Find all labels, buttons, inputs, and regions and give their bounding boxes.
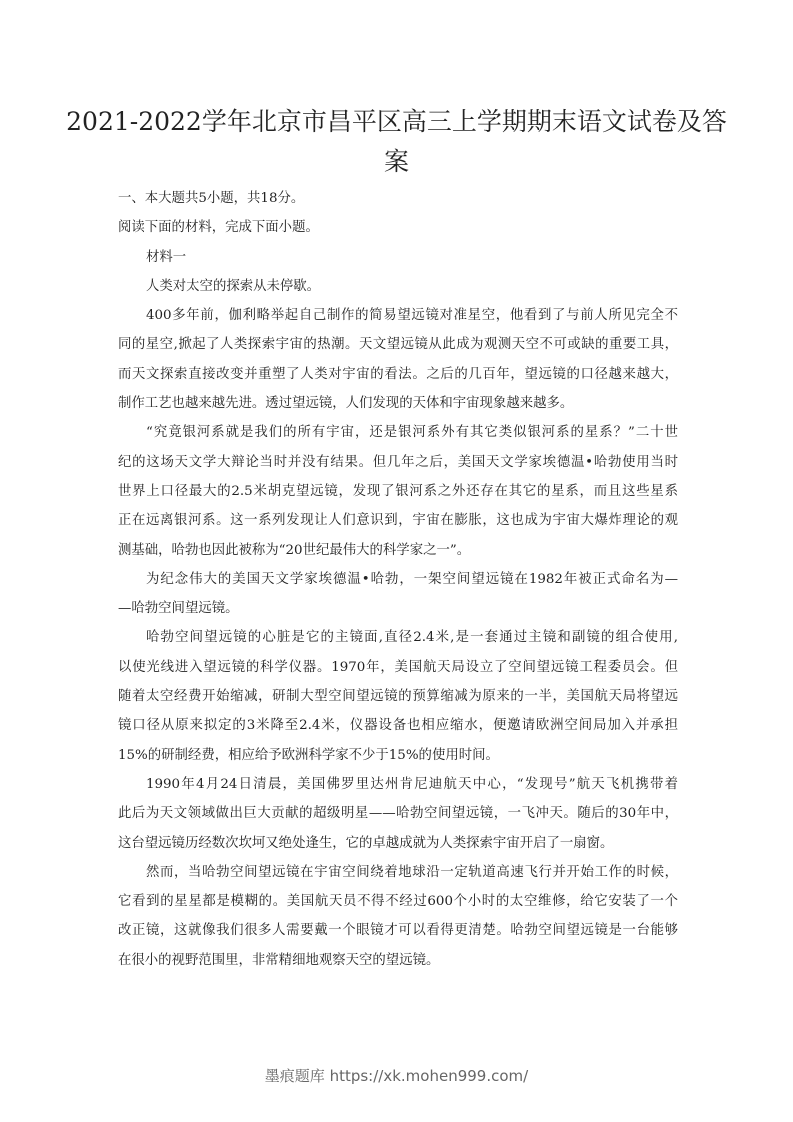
document-title-continued: 案 bbox=[0, 142, 793, 178]
paragraph-line: 400多年前，伽利略举起自己制作的简易望远镜对准星空，他看到了与前人所见完全不 bbox=[118, 301, 678, 330]
paragraph-line: 纪的这场天文学大辩论当时并没有结果。但几年之后，美国天文学家埃德温•哈勃使用当时 bbox=[118, 448, 678, 477]
paragraph-line: 正在远离银河系。这一系列发现让人们意识到，宇宙在膨胀，这也成为宇宙大爆炸理论的观 bbox=[118, 506, 678, 535]
paragraph: 哈勃空间望远镜的心脏是它的主镜面,直径2.4米,是一套通过主镜和副镜的组合使用,… bbox=[118, 623, 678, 769]
paragraph-line: 以使光线进入望远镜的科学仪器。1970年，美国航天局设立了空间望远镜工程委员会。… bbox=[118, 653, 678, 682]
document-title: 2021-2022学年北京市昌平区高三上学期期末语文试卷及答 bbox=[0, 102, 793, 138]
paragraph-line: “究竟银河系就是我们的所有宇宙，还是银河系外有其它类似银河系的星系？”二十世 bbox=[118, 418, 678, 447]
paragraph-line: 然而，当哈勃空间望远镜在宇宙空间绕着地球沿一定轨道高速飞行并开始工作的时候， bbox=[118, 858, 678, 887]
paragraph-line: 改正镜，这就像我们很多人需要戴一个眼镜才可以看得更清楚。哈勃空间望远镜是一台能够 bbox=[118, 916, 678, 945]
paragraph-line: 镜口径从原来拟定的3米降至2.4米，仪器设备也相应缩水，便邀请欧洲空间局加入并承… bbox=[118, 711, 678, 740]
paragraph: 400多年前，伽利略举起自己制作的简易望远镜对准星空，他看到了与前人所见完全不 … bbox=[118, 301, 678, 418]
watermark-footer: 墨痕题库 https://xk.mohen999.com/ bbox=[0, 1065, 793, 1086]
paragraph: 1990年4月24日清晨，美国佛罗里达州肯尼迪航天中心，“发现号”航天飞机携带着… bbox=[118, 770, 678, 858]
paragraph-line: 人类对太空的探索从未停歇。 bbox=[118, 272, 678, 301]
paragraph-line: 在很小的视野范围里，非常精细地观察天空的望远镜。 bbox=[118, 946, 678, 975]
paragraph-line: 制作工艺也越来越先进。透过望远镜，人们发现的天体和宇宙现象越来越多。 bbox=[118, 389, 678, 418]
paragraph-line: 世界上口径最大的2.5米胡克望远镜，发现了银河系之外还存在其它的星系，而且这些星… bbox=[118, 477, 678, 506]
instruction-text: 阅读下面的材料，完成下面小题。 bbox=[118, 213, 678, 242]
paragraph-line: 此后为天文领域做出巨大贡献的超级明星——哈勃空间望远镜，一飞冲天。随后的30年中… bbox=[118, 799, 678, 828]
paragraph-line: 为纪念伟大的美国天文学家埃德温•哈勃，一架空间望远镜在1982年被正式命名为— bbox=[118, 565, 678, 594]
document-body: 一、本大题共5小题，共18分。 阅读下面的材料，完成下面小题。 材料一 人类对太… bbox=[118, 184, 678, 975]
paragraph-line: 同的星空,掀起了人类探索宇宙的热潮。天文望远镜从此成为观测天空不可或缺的重要工具… bbox=[118, 330, 678, 359]
paragraph-line: 15%的研制经费，相应给予欧洲科学家不少于15%的使用时间。 bbox=[118, 741, 678, 770]
paragraph-line: —哈勃空间望远镜。 bbox=[118, 594, 678, 623]
material-label: 材料一 bbox=[118, 243, 678, 272]
paragraph-line: 测基础，哈勃也因此被称为“20世纪最伟大的科学家之一”。 bbox=[118, 536, 678, 565]
paragraph-line: 它看到的星星都是模糊的。美国航天员不得不经过600个小时的太空维修，给它安装了一… bbox=[118, 887, 678, 916]
section-heading: 一、本大题共5小题，共18分。 bbox=[118, 184, 678, 213]
paragraph-line: 这台望远镜历经数次坎坷又绝处逢生，它的卓越成就为人类探索宇宙开启了一扇窗。 bbox=[118, 829, 678, 858]
paragraph-line: 而天文探索直接改变并重塑了人类对宇宙的看法。之后的几百年，望远镜的口径越来越大， bbox=[118, 360, 678, 389]
paragraph-line: 1990年4月24日清晨，美国佛罗里达州肯尼迪航天中心，“发现号”航天飞机携带着 bbox=[118, 770, 678, 799]
paragraph-line: 随着太空经费开始缩减，研制大型空间望远镜的预算缩减为原来的一半，美国航天局将望远 bbox=[118, 682, 678, 711]
paragraph-line: 哈勃空间望远镜的心脏是它的主镜面,直径2.4米,是一套通过主镜和副镜的组合使用, bbox=[118, 623, 678, 652]
paragraph: 然而，当哈勃空间望远镜在宇宙空间绕着地球沿一定轨道高速飞行并开始工作的时候， 它… bbox=[118, 858, 678, 975]
paragraph: 为纪念伟大的美国天文学家埃德温•哈勃，一架空间望远镜在1982年被正式命名为— … bbox=[118, 565, 678, 624]
paragraph: “究竟银河系就是我们的所有宇宙，还是银河系外有其它类似银河系的星系？”二十世 纪… bbox=[118, 418, 678, 564]
paragraph: 人类对太空的探索从未停歇。 bbox=[118, 272, 678, 301]
